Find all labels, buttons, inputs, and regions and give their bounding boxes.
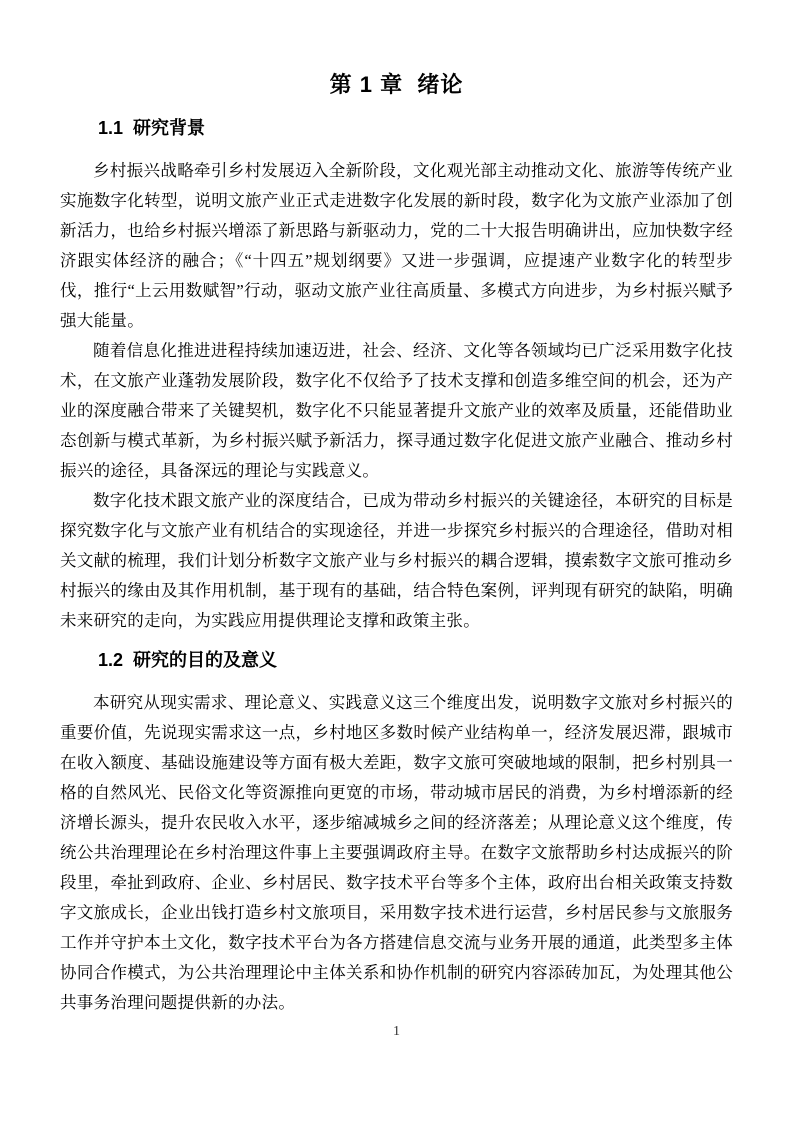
page-number: 1 [0,1022,793,1042]
paragraph: 随着信息化推进进程持续加速迈进，社会、经济、文化等各领域均已广泛采用数字化技术，… [60,336,733,486]
section-heading-1-2: 1.2 研究的目的及意义 [60,648,733,672]
paragraph: 本研究从现实需求、理论意义、实践意义这三个维度出发，说明数字文旅对乡村振兴的重要… [60,688,733,1018]
chapter-title: 第 1 章 绪论 [60,70,733,100]
paragraph: 乡村振兴战略牵引乡村发展迈入全新阶段，文化观光部主动推动文化、旅游等传统产业实施… [60,156,733,336]
paragraph: 数字化技术跟文旅产业的深度结合，已成为带动乡村振兴的关键途径，本研究的目标是探究… [60,486,733,636]
document-page: 第 1 章 绪论 1.1 研究背景 乡村振兴战略牵引乡村发展迈入全新阶段，文化观… [0,0,793,1122]
section-heading-1-1: 1.1 研究背景 [60,116,733,140]
